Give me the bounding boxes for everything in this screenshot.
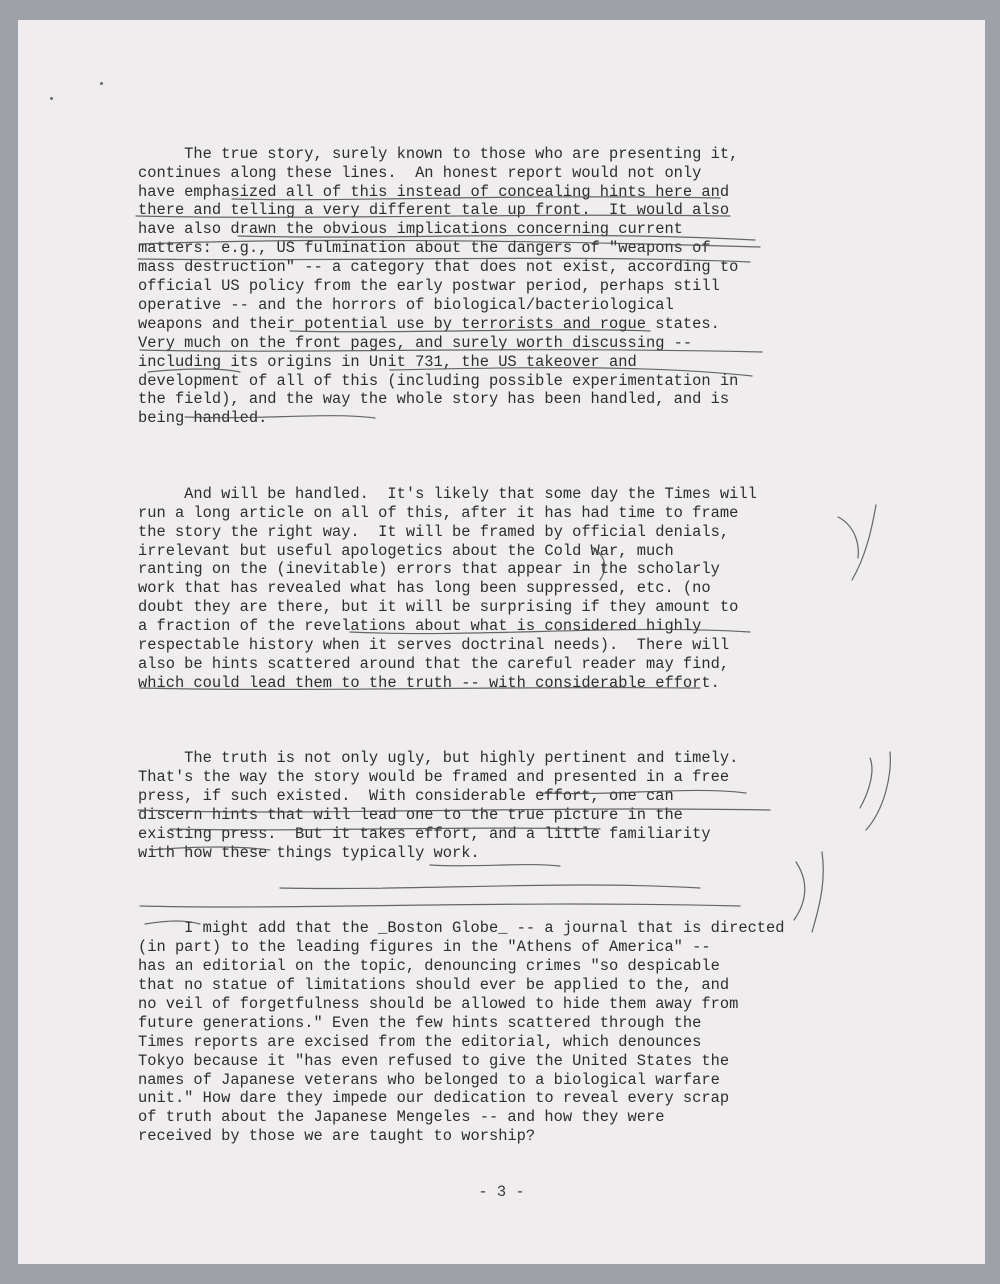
text-line: received by those we are taught to worsh… bbox=[138, 1127, 838, 1146]
text-line: And will be handled. It's likely that so… bbox=[138, 485, 838, 504]
text-line: respectable history when it serves doctr… bbox=[138, 636, 838, 655]
document-body: The true story, surely known to those wh… bbox=[138, 107, 838, 1184]
text-line: work that has revealed what has long bee… bbox=[138, 579, 838, 598]
text-line: unit." How dare they impede our dedicati… bbox=[138, 1089, 838, 1108]
text-line: official US policy from the early postwa… bbox=[138, 277, 838, 296]
text-line: operative -- and the horrors of biologic… bbox=[138, 296, 838, 315]
text-line: which could lead them to the truth -- wi… bbox=[138, 674, 838, 693]
text-line: the story the right way. It will be fram… bbox=[138, 523, 838, 542]
text-line: The truth is not only ugly, but highly p… bbox=[138, 749, 838, 768]
text-line: weapons and their potential use by terro… bbox=[138, 315, 838, 334]
text-line: being handled. bbox=[138, 409, 838, 428]
text-line: Times reports are excised from the edito… bbox=[138, 1033, 838, 1052]
text-line: the field), and the way the whole story … bbox=[138, 390, 838, 409]
text-line: have also drawn the obvious implications… bbox=[138, 220, 838, 239]
text-line: run a long article on all of this, after… bbox=[138, 504, 838, 523]
text-line: doubt they are there, but it will be sur… bbox=[138, 598, 838, 617]
text-line: have emphasized all of this instead of c… bbox=[138, 183, 838, 202]
page-number: - 3 - bbox=[18, 1183, 985, 1201]
text-line: That's the way the story would be framed… bbox=[138, 768, 838, 787]
ink-speck bbox=[50, 97, 53, 100]
text-line: has an editorial on the topic, denouncin… bbox=[138, 957, 838, 976]
text-line: matters: e.g., US fulmination about the … bbox=[138, 239, 838, 258]
paragraph-4: I might add that the _Boston Globe_ -- a… bbox=[138, 919, 838, 1146]
text-line: existing press. But it takes effort, and… bbox=[138, 825, 838, 844]
text-line: no veil of forgetfulness should be allow… bbox=[138, 995, 838, 1014]
text-line: mass destruction" -- a category that doe… bbox=[138, 258, 838, 277]
text-line: (in part) to the leading figures in the … bbox=[138, 938, 838, 957]
text-line: discern hints that will lead one to the … bbox=[138, 806, 838, 825]
text-line: press, if such existed. With considerabl… bbox=[138, 787, 838, 806]
text-line: names of Japanese veterans who belonged … bbox=[138, 1071, 838, 1090]
paragraph-2: And will be handled. It's likely that so… bbox=[138, 485, 838, 693]
text-line: The true story, surely known to those wh… bbox=[138, 145, 838, 164]
text-line: I might add that the _Boston Globe_ -- a… bbox=[138, 919, 838, 938]
text-line: ranting on the (inevitable) errors that … bbox=[138, 560, 838, 579]
text-line: with how these things typically work. bbox=[138, 844, 838, 863]
paragraph-3: The truth is not only ugly, but highly p… bbox=[138, 749, 838, 862]
text-line: there and telling a very different tale … bbox=[138, 201, 838, 220]
text-line: a fraction of the revelations about what… bbox=[138, 617, 838, 636]
text-line: development of all of this (including po… bbox=[138, 372, 838, 391]
text-line: Tokyo because it "has even refused to gi… bbox=[138, 1052, 838, 1071]
text-line: continues along these lines. An honest r… bbox=[138, 164, 838, 183]
text-line: Very much on the front pages, and surely… bbox=[138, 334, 838, 353]
ink-speck bbox=[100, 82, 103, 85]
text-line: including its origins in Unit 731, the U… bbox=[138, 353, 838, 372]
text-line: of truth about the Japanese Mengeles -- … bbox=[138, 1108, 838, 1127]
text-line: that no statue of limitations should eve… bbox=[138, 976, 838, 995]
text-line: also be hints scattered around that the … bbox=[138, 655, 838, 674]
text-line: future generations." Even the few hints … bbox=[138, 1014, 838, 1033]
text-line: irrelevant but useful apologetics about … bbox=[138, 542, 838, 561]
paragraph-1: The true story, surely known to those wh… bbox=[138, 145, 838, 428]
